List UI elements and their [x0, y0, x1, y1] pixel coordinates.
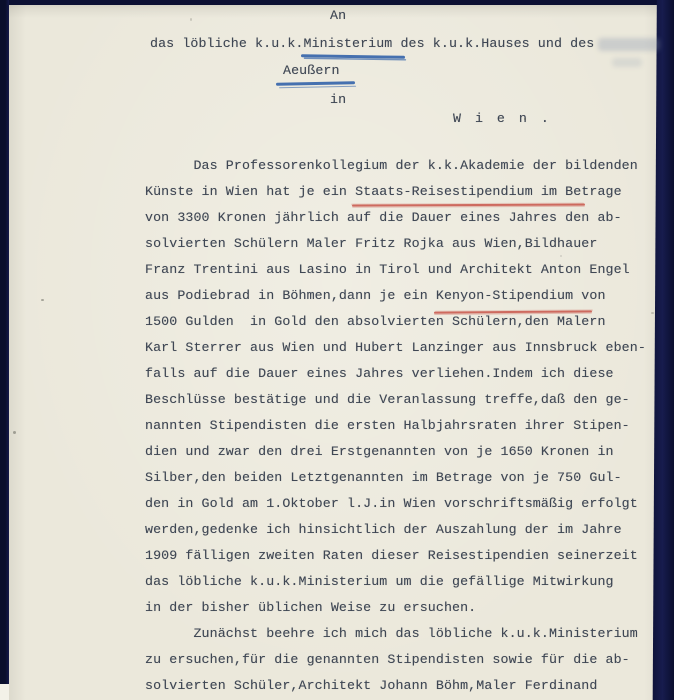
document-line: Zunächst beehre ich mich das löbliche k.…: [145, 621, 646, 647]
faded-ink-smudge: [598, 38, 660, 51]
document-line: Beschlüsse bestätige und die Veranlassun…: [145, 387, 646, 413]
document-line: falls auf die Dauer eines Jahres verlieh…: [145, 361, 646, 387]
document-line: das löbliche k.u.k.Ministerium um die ge…: [145, 569, 646, 595]
document-line: zu ersuchen,für die genannten Stipendist…: [145, 647, 646, 673]
city-wien: W i e n .: [453, 111, 552, 127]
recipient-line: das löbliche k.u.k.Ministerium des k.u.k…: [150, 36, 594, 52]
document-line: Künste in Wien hat je ein Staats-Reisest…: [145, 179, 646, 205]
document-line: Franz Trentini aus Lasino in Tirol und A…: [145, 257, 646, 283]
paper-speck: [560, 255, 562, 257]
scan-border-right: [648, 0, 674, 700]
letter-body: Das Professorenkollegium der k.k.Akademi…: [145, 153, 646, 699]
paper-speck: [41, 299, 44, 301]
scan-border-top: [0, 0, 674, 5]
document-line: aus Podiebrad in Böhmen,dann je ein Keny…: [145, 283, 646, 309]
document-line: 1500 Gulden in Gold den absolvierten Sch…: [145, 309, 646, 335]
scan-border-left: [0, 0, 9, 686]
paper-speck: [651, 312, 654, 314]
paper-speck: [190, 18, 192, 21]
document-line: Karl Sterrer aus Wien und Hubert Lanzing…: [145, 335, 646, 361]
paper-edge-gap: [0, 684, 9, 700]
scanned-letter-page: An das löbliche k.u.k.Ministerium des k.…: [0, 0, 674, 700]
document-line: solvierten Schüler,Architekt Johann Böhm…: [145, 673, 646, 699]
paper-speck: [524, 118, 526, 120]
document-line: dien und zwar den drei Erstgenannten von…: [145, 439, 646, 465]
document-line: von 3300 Kronen jährlich auf die Dauer e…: [145, 205, 646, 231]
document-line: Silber,den beiden Letztgenannten im Betr…: [145, 465, 646, 491]
preposition-in: in: [330, 92, 346, 108]
document-line: werden,gedenke ich hinsichtlich der Ausz…: [145, 517, 646, 543]
document-line: in der bisher üblichen Weise zu ersuchen…: [145, 595, 646, 621]
salutation: An: [330, 8, 346, 24]
document-line: nannten Stipendisten die ersten Halbjahr…: [145, 413, 646, 439]
blue-underline-ministerium: [301, 54, 405, 58]
document-line: Das Professorenkollegium der k.k.Akademi…: [145, 153, 646, 179]
document-line: 1909 fälligen zweiten Raten dieser Reise…: [145, 543, 646, 569]
recipient-line-2: Aeußern: [283, 63, 340, 79]
faded-ink-smudge: [612, 58, 642, 67]
paper-speck: [13, 431, 16, 434]
document-line: solvierten Schülern Maler Fritz Rojka au…: [145, 231, 646, 257]
blue-underline-aeussern: [276, 81, 355, 85]
document-line: den in Gold am 1.Oktober l.J.in Wien vor…: [145, 491, 646, 517]
